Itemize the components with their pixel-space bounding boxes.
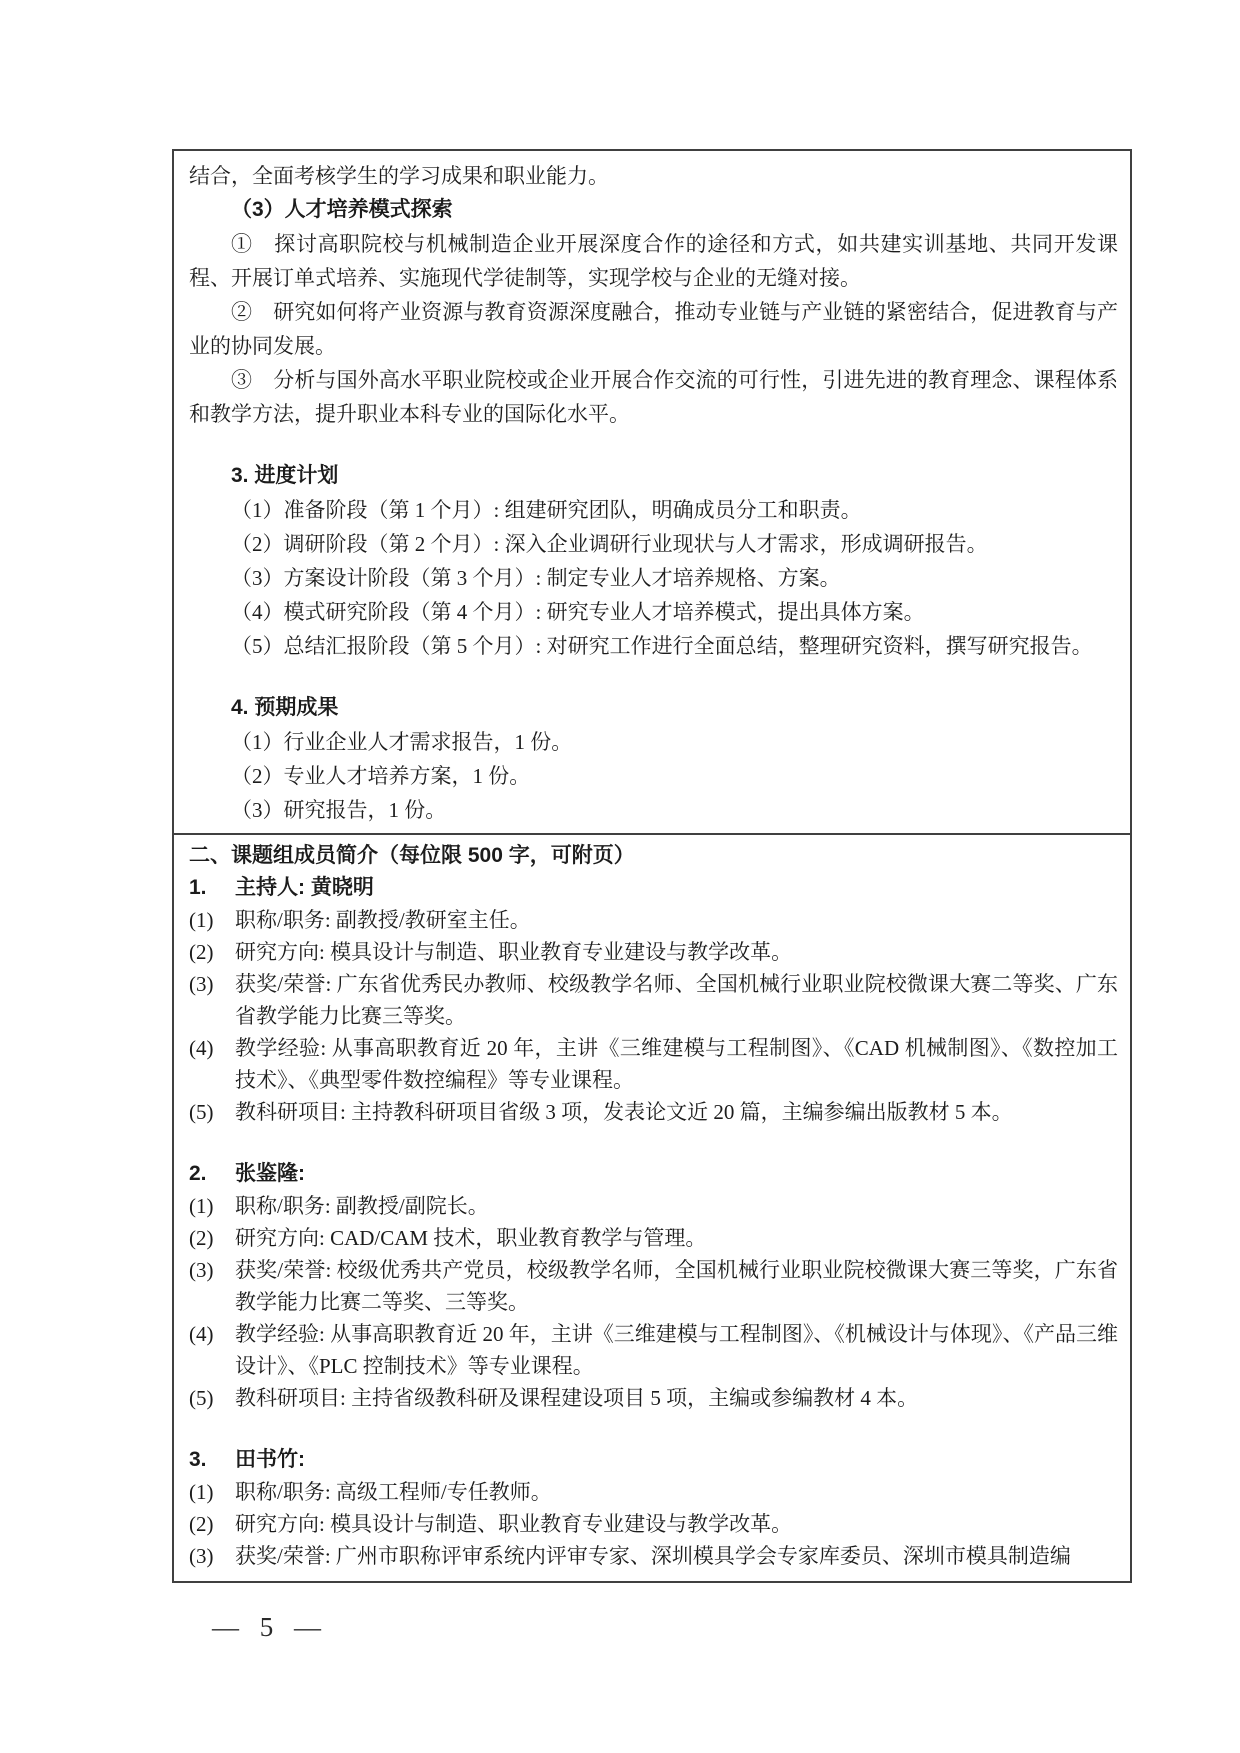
- detail-text: 研究方向: 模具设计与制造、职业教育专业建设与教学改革。: [235, 936, 1118, 968]
- detail-label: (1): [189, 1476, 235, 1508]
- detail-text: 教科研项目: 主持省级教科研及课程建设项目 5 项，主编或参编教材 4 本。: [235, 1382, 1118, 1414]
- document-page: 结合，全面考核学生的学习成果和职业能力。 （3）人才培养模式探索 ① 探讨高职院…: [0, 0, 1240, 1753]
- member-name: 主持人: 黄晓明: [235, 872, 374, 904]
- member-name: 田书竹:: [235, 1444, 305, 1476]
- talent-model-item: ② 研究如何将产业资源与教育资源深度融合，推动专业链与产业链的紧密结合，促进教育…: [189, 295, 1118, 363]
- detail-text: 职称/职务: 高级工程师/专任教师。: [235, 1476, 1118, 1508]
- member-detail-row: (3)获奖/荣誉: 广州市职称评审系统内评审专家、深圳模具学会专家库委员、深圳市…: [189, 1540, 1118, 1572]
- members-section: 二、课题组成员简介（每位限 500 字，可附页） 1.主持人: 黄晓明 (1)职…: [174, 835, 1130, 1581]
- member-detail-row: (2)研究方向: CAD/CAM 技术，职业教育教学与管理。: [189, 1222, 1118, 1254]
- schedule-heading: 3. 进度计划: [189, 459, 1118, 493]
- member-detail-row: (5)教科研项目: 主持教科研项目省级 3 项，发表论文近 20 篇，主编参编出…: [189, 1096, 1118, 1128]
- schedule-item: （5）总结汇报阶段（第 5 个月）: 对研究工作进行全面总结，整理研究资料，撰写…: [189, 629, 1118, 663]
- member-index: 3.: [189, 1444, 235, 1476]
- detail-text: 职称/职务: 副教授/副院长。: [235, 1190, 1118, 1222]
- member-detail-row: (5)教科研项目: 主持省级教科研及课程建设项目 5 项，主编或参编教材 4 本…: [189, 1382, 1118, 1414]
- detail-text: 研究方向: 模具设计与制造、职业教育专业建设与教学改革。: [235, 1508, 1118, 1540]
- detail-text: 获奖/荣誉: 广东省优秀民办教师、校级教学名师、全国机械行业职业院校微课大赛二等…: [235, 968, 1118, 1032]
- member-name-row: 1.主持人: 黄晓明: [189, 872, 1118, 904]
- member-detail-row: (3)获奖/荣誉: 校级优秀共产党员，校级教学名师，全国机械行业职业院校微课大赛…: [189, 1254, 1118, 1318]
- schedule-item: （4）模式研究阶段（第 4 个月）: 研究专业人才培养模式，提出具体方案。: [189, 595, 1118, 629]
- detail-label: (2): [189, 936, 235, 968]
- member-detail-row: (2)研究方向: 模具设计与制造、职业教育专业建设与教学改革。: [189, 1508, 1118, 1540]
- member-index: 2.: [189, 1158, 235, 1190]
- schedule-item: （1）准备阶段（第 1 个月）: 组建研究团队，明确成员分工和职责。: [189, 493, 1118, 527]
- member-detail-row: (4)教学经验: 从事高职教育近 20 年，主讲《三维建模与工程制图》、《机械设…: [189, 1318, 1118, 1382]
- detail-label: (1): [189, 1190, 235, 1222]
- schedule-item: （2）调研阶段（第 2 个月）: 深入企业调研行业现状与人才需求，形成调研报告。: [189, 527, 1118, 561]
- detail-text: 教学经验: 从事高职教育近 20 年，主讲《三维建模与工程制图》、《机械设计与体…: [235, 1318, 1118, 1382]
- member-name-row: 2.张鉴隆:: [189, 1158, 1118, 1190]
- outcome-item: （3）研究报告，1 份。: [189, 793, 1118, 827]
- detail-label: (4): [189, 1032, 235, 1096]
- detail-text: 教科研项目: 主持教科研项目省级 3 项，发表论文近 20 篇，主编参编出版教材…: [235, 1096, 1118, 1128]
- member-name: 张鉴隆:: [235, 1158, 305, 1190]
- detail-label: (4): [189, 1318, 235, 1382]
- detail-label: (2): [189, 1508, 235, 1540]
- page-number: — 5 —: [212, 1612, 328, 1643]
- member-detail-row: (1)职称/职务: 副教授/教研室主任。: [189, 904, 1118, 936]
- member-detail-row: (3)获奖/荣誉: 广东省优秀民办教师、校级教学名师、全国机械行业职业院校微课大…: [189, 968, 1118, 1032]
- research-design-section: 结合，全面考核学生的学习成果和职业能力。 （3）人才培养模式探索 ① 探讨高职院…: [174, 151, 1130, 835]
- member-detail-row: (1)职称/职务: 高级工程师/专任教师。: [189, 1476, 1118, 1508]
- schedule-item: （3）方案设计阶段（第 3 个月）: 制定专业人才培养规格、方案。: [189, 561, 1118, 595]
- talent-model-item: ③ 分析与国外高水平职业院校或企业开展合作交流的可行性，引进先进的教育理念、课程…: [189, 363, 1118, 431]
- member-name-row: 3.田书竹:: [189, 1444, 1118, 1476]
- detail-text: 职称/职务: 副教授/教研室主任。: [235, 904, 1118, 936]
- detail-text: 获奖/荣誉: 广州市职称评审系统内评审专家、深圳模具学会专家库委员、深圳市模具制…: [235, 1540, 1118, 1572]
- detail-text: 研究方向: CAD/CAM 技术，职业教育教学与管理。: [235, 1222, 1118, 1254]
- application-form-table: 结合，全面考核学生的学习成果和职业能力。 （3）人才培养模式探索 ① 探讨高职院…: [172, 149, 1132, 1583]
- continued-paragraph: 结合，全面考核学生的学习成果和职业能力。: [189, 159, 1118, 193]
- detail-text: 获奖/荣誉: 校级优秀共产党员，校级教学名师，全国机械行业职业院校微课大赛三等奖…: [235, 1254, 1118, 1318]
- outcome-item: （1）行业企业人才需求报告，1 份。: [189, 725, 1118, 759]
- member-detail-row: (4)教学经验: 从事高职教育近 20 年，主讲《三维建模与工程制图》、《CAD…: [189, 1032, 1118, 1096]
- talent-model-item: ① 探讨高职院校与机械制造企业开展深度合作的途径和方式，如共建实训基地、共同开发…: [189, 227, 1118, 295]
- detail-label: (3): [189, 1540, 235, 1572]
- outcome-item: （2）专业人才培养方案，1 份。: [189, 759, 1118, 793]
- detail-label: (5): [189, 1096, 235, 1128]
- member-index: 1.: [189, 872, 235, 904]
- detail-label: (3): [189, 1254, 235, 1318]
- detail-label: (5): [189, 1382, 235, 1414]
- detail-label: (3): [189, 968, 235, 1032]
- members-section-heading: 二、课题组成员简介（每位限 500 字，可附页）: [189, 840, 1118, 872]
- member-detail-row: (1)职称/职务: 副教授/副院长。: [189, 1190, 1118, 1222]
- talent-model-heading: （3）人才培养模式探索: [189, 193, 1118, 227]
- detail-label: (2): [189, 1222, 235, 1254]
- member-detail-row: (2)研究方向: 模具设计与制造、职业教育专业建设与教学改革。: [189, 936, 1118, 968]
- outcomes-heading: 4. 预期成果: [189, 691, 1118, 725]
- detail-label: (1): [189, 904, 235, 936]
- detail-text: 教学经验: 从事高职教育近 20 年，主讲《三维建模与工程制图》、《CAD 机械…: [235, 1032, 1118, 1096]
